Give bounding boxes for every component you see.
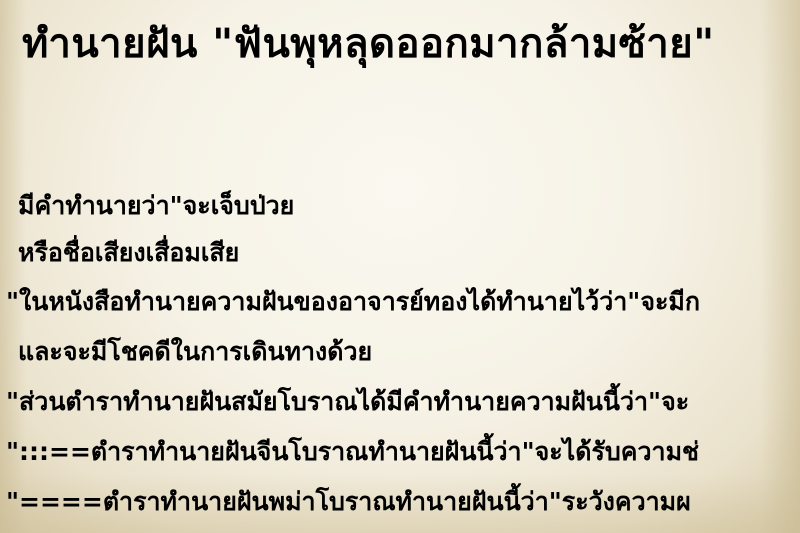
prediction-line: "ในหนังสือทำนายความฝันของอาจารย์ทองได้ทำ… <box>6 284 700 320</box>
paper-texture-right <box>760 0 800 533</box>
prediction-line: และจะมีโชคดีในการเดินทางด้วย <box>18 334 372 370</box>
prediction-line: ":::==ตำราทำนายฝันจีนโบราณทำนายฝันนี้ว่า… <box>6 434 699 470</box>
prediction-line: หรือชื่อเสียงเสื่อมเสีย <box>18 235 239 271</box>
prediction-line: มีคำทำนายว่า"จะเจ็บป่วย <box>18 188 294 224</box>
prediction-line: "ส่วนตำราทำนายฝันสมัยโบราณได้มีคำทำนายคว… <box>6 384 689 420</box>
page-title: ทำนายฝัน "ฟันพุหลุดออกมากล้ามซ้าย" <box>22 14 715 74</box>
prediction-line: "====ตำราทำนายฝันพม่าโบราณทำนายฝันนี้ว่า… <box>6 484 691 520</box>
